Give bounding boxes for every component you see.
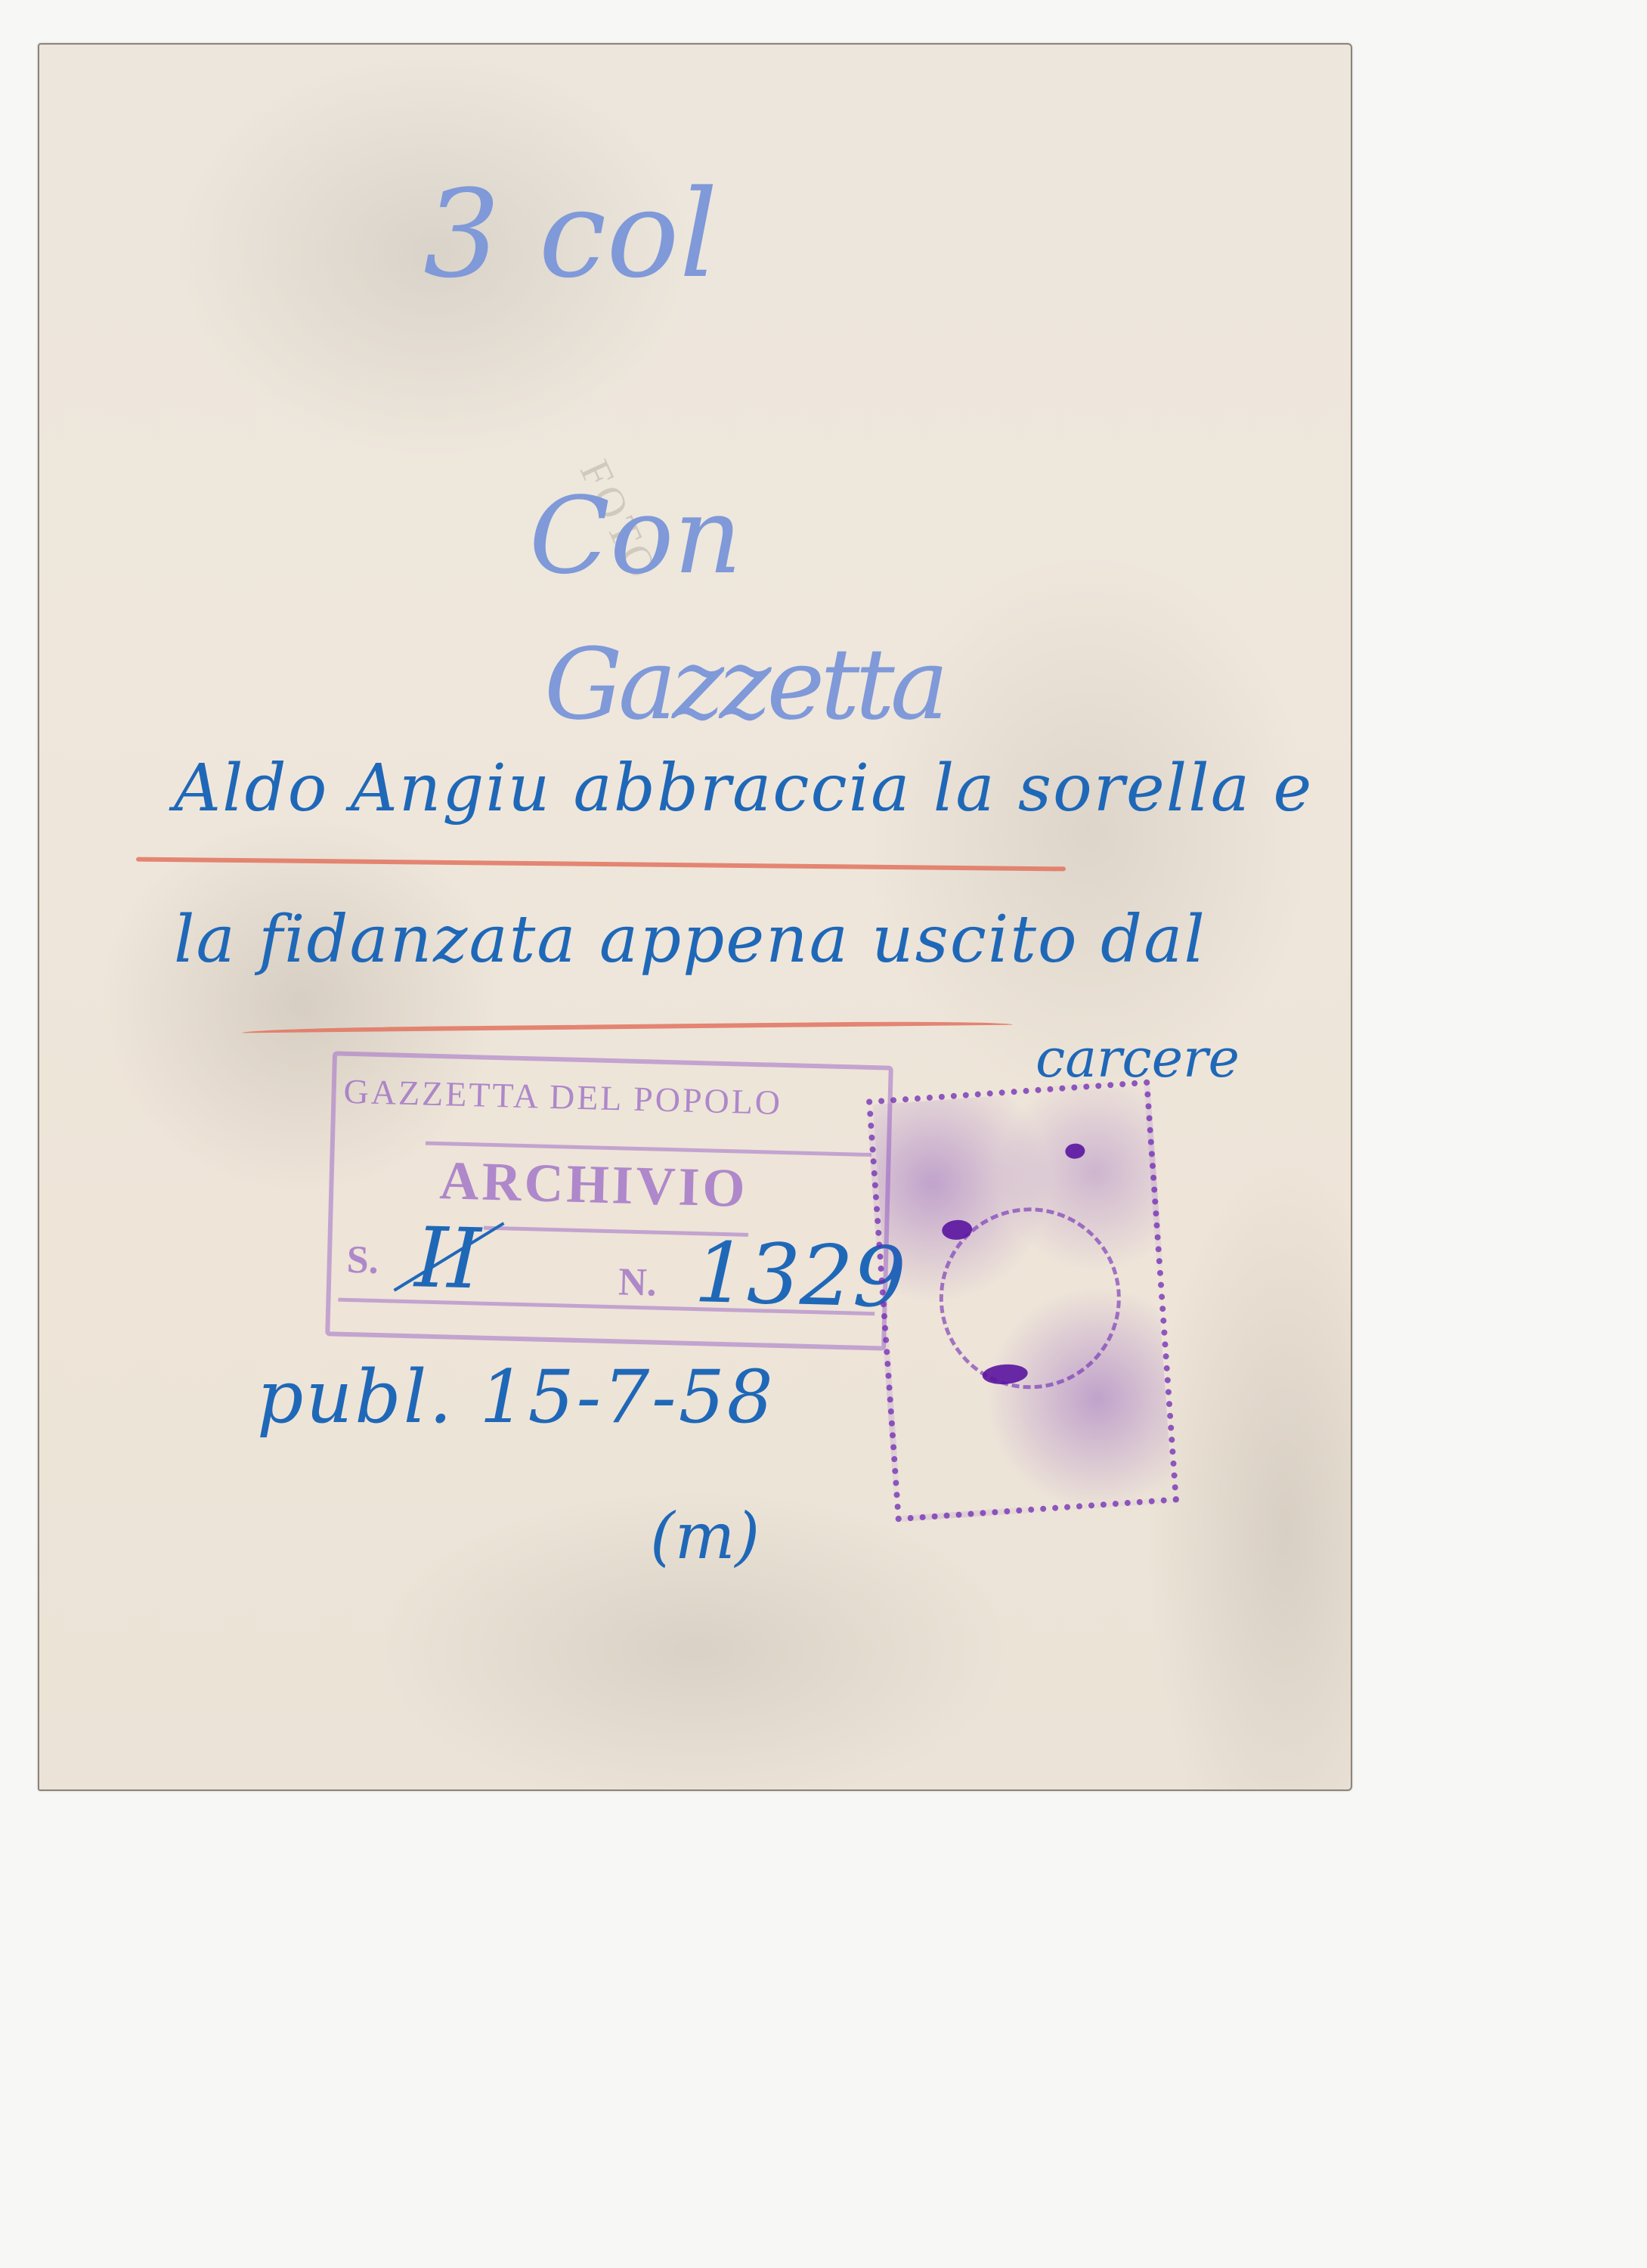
initials-note: (m) [650, 1504, 760, 1568]
archive-stamp: GAZZETTA DEL POPOLO ARCHIVIO S. II N. 13… [325, 1051, 893, 1350]
stamp-title: ARCHIVIO [439, 1149, 749, 1220]
publication-date-note: publ. 15-7-58 [257, 1361, 776, 1433]
stamp-header: GAZZETTA DEL POPOLO [343, 1071, 783, 1123]
caption-line-1: Aldo Angiu abbraccia la sorella e [174, 756, 1313, 821]
stamp-series-label: S. [346, 1238, 379, 1283]
caption-line-3: carcere [1036, 1032, 1240, 1085]
publication-note: Gazzetta [544, 635, 944, 733]
ink-blot [1065, 1143, 1085, 1160]
stamp-number-label: N. [618, 1259, 657, 1305]
seal-stamp [866, 1080, 1179, 1523]
caption-line-2: la fidanzata appena uscito dal [174, 907, 1206, 972]
layout-note: 3 col [423, 174, 718, 295]
with-note: Con [529, 484, 742, 590]
